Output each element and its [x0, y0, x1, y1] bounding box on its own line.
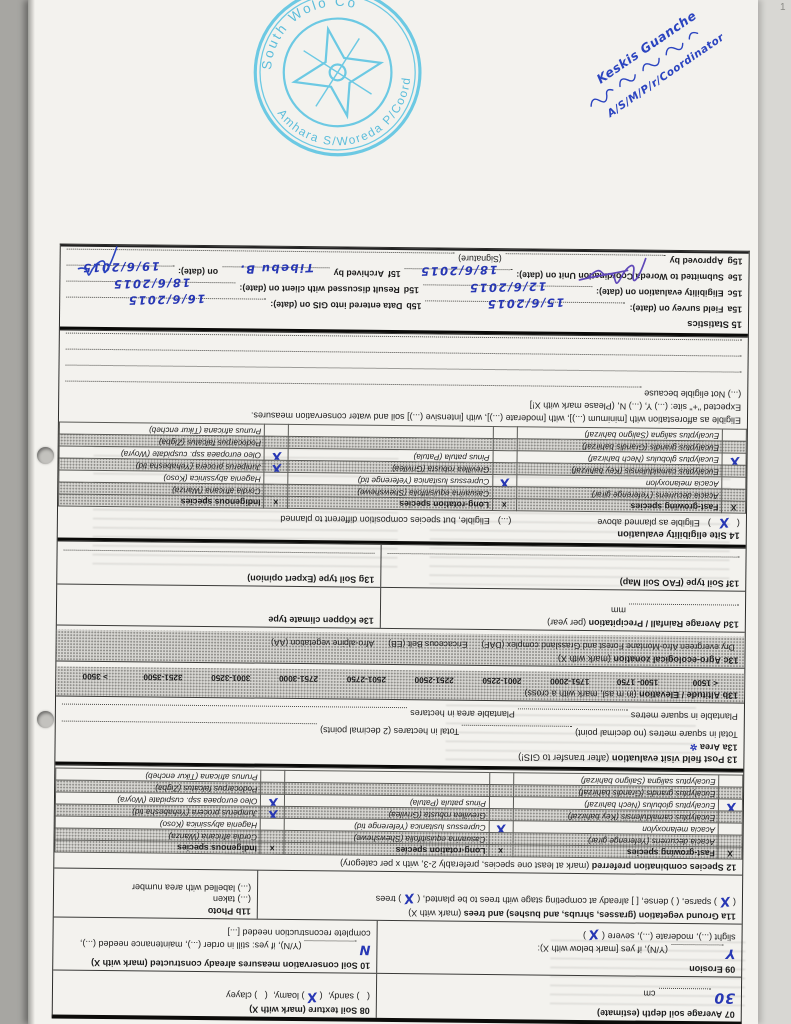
handwritten-x-mark: X — [267, 809, 278, 818]
blank-dots — [387, 553, 739, 568]
species-name: Eucalyptus grandis (Grandis bahirzaf) — [517, 439, 723, 453]
species-name — [288, 424, 493, 438]
signature-blank — [506, 253, 666, 267]
field-number: 13b — [723, 690, 739, 700]
species-mark-cell — [719, 823, 743, 835]
section-14: 14 Site eligibility evaluation (X) Eligi… — [58, 330, 748, 548]
blank-dots — [462, 725, 572, 737]
species-mark-cell — [719, 811, 743, 823]
round-office-stamp: South Wolo Co Amhara S/Woreda P/Coord — [224, 0, 450, 186]
date-blank: 18/6/2015 — [405, 268, 513, 281]
field-label: Result discussed with client on (date): — [239, 283, 399, 296]
species-mark-cell — [493, 462, 517, 474]
altitude-band: > 3500 — [62, 670, 128, 681]
altitude-band: 2251-2500 — [401, 674, 467, 685]
species-mark-cell — [261, 783, 285, 795]
species-mark-cell — [489, 833, 513, 845]
field-hint: (mark with X) — [558, 654, 611, 665]
severity-options-end: ) — [583, 929, 586, 941]
species-column-header: Long-rotation species — [288, 496, 493, 510]
species-mark-cell — [719, 775, 743, 787]
species-name: Pinus patula (Patula) — [284, 795, 489, 809]
field-label: Soil type (FAO Soil Map) — [620, 578, 724, 589]
severity-options: slight (...), moderate (...), severe ( — [602, 930, 736, 943]
handwritten-x-mark: X — [499, 477, 510, 486]
field-07: 07 Average soil depth (estimate) 30 cm — [376, 974, 741, 1022]
species-name: Pinus patula (Patula) — [288, 448, 493, 462]
species-name: Cordia africana (Wanza) — [59, 482, 265, 496]
handwritten-x-mark: X — [307, 992, 318, 1001]
zonation-option: Dry evergreen Afro-Montane Forest and Gr… — [481, 639, 734, 653]
field-09: 09 Erosion Y (Y/N), if yes [mark below w… — [376, 921, 742, 977]
field-13c: 13c Agro-ecological zonation (mark with … — [56, 630, 744, 669]
option-text: ( — [737, 517, 740, 529]
handwritten-x-mark: X — [404, 893, 415, 902]
stamp-star-icon — [285, 20, 391, 126]
species-mark-cell — [493, 438, 517, 450]
altitude-band: 3251-3500 — [130, 671, 196, 682]
blank-dots — [62, 721, 317, 735]
species-name: Acacia decurrens (Yeferenge girar) — [516, 487, 722, 501]
species-name: Prunus africana (Tikur encheb) — [56, 768, 262, 782]
date-blank: 16/6/2015 — [66, 297, 266, 311]
species-mark-cell: X — [264, 448, 288, 460]
handwritten-x-mark: X — [495, 824, 506, 833]
species-name: Eucalyptus camaldulensis (Key bahirzaf) — [513, 809, 719, 823]
species-name: Eucalyptus saligna (Saligno bahirzaf) — [513, 773, 719, 787]
field-number: 11b — [236, 906, 251, 916]
species-column-mark: x — [264, 496, 288, 508]
altitude-band: 3001-3250 — [198, 672, 264, 683]
field-number: 15a — [727, 304, 742, 315]
field-number: 11a — [721, 911, 736, 921]
species-name: Cupressus lusitanica (Yeferenge tid) — [284, 819, 489, 833]
species-mark-cell — [493, 450, 517, 462]
field-number: 14 — [729, 531, 740, 542]
field-number: 15g — [727, 256, 742, 267]
field-hint: (Y/N), if yes: still in order (...), mai… — [80, 938, 302, 952]
coordinator-handwriting: Keskis Guanche A/S/M/P/r/Coordinator — [547, 0, 764, 146]
field-label: Soil texture (mark with X) — [249, 1005, 357, 1016]
option-text: (...) — [498, 515, 512, 527]
species-name: Oleo europaea ssp. cuspidate (Woyra) — [55, 792, 261, 806]
field-number: 08 — [360, 1006, 370, 1016]
species-name: Acacia melanoxylon — [513, 821, 719, 835]
field-label: Agro-ecological zonation — [613, 654, 721, 665]
species-mark-cell — [264, 484, 288, 496]
blank-dots — [629, 604, 739, 616]
not-eligible-line: (...) Not eligible because — [644, 387, 741, 400]
row-13d-13e: 13d Average Rainfall / Precipitation (pe… — [57, 585, 745, 633]
texture-option: ( ) clayey — [226, 989, 268, 1001]
handwritten-x-mark: X — [725, 802, 736, 811]
species-name: Eucalyptus globulus (Nech bahirzaf) — [517, 451, 723, 465]
page-corner-mark: 1 — [780, 2, 786, 13]
handwritten-x-mark: X — [267, 797, 278, 806]
afforestation-field-form: 07 Average soil depth (estimate) 30 cm 0… — [52, 244, 750, 1024]
date-blank: Tibebu B. — [222, 266, 330, 279]
species-name: Grevillea robusta (Grivilea) — [288, 460, 493, 474]
field-10: 10 Soil conservation measures already co… — [53, 917, 377, 972]
field-hint: (mark at least one species, preferably 2… — [340, 858, 589, 871]
field-13e: 13e Köppen climate type — [57, 585, 380, 628]
species-mark-cell — [265, 424, 289, 436]
field-number: 15f — [388, 268, 401, 279]
species-name: Podocarpus falcatus (Zigba) — [56, 780, 262, 794]
scanned-paper-sheet: 07 Average soil depth (estimate) 30 cm 0… — [28, 0, 758, 1024]
field-label: Data entered into GIS on (date): — [270, 299, 402, 312]
field-11b: 11b Photo (...) taken (...) labelled wit… — [54, 868, 257, 918]
species-mark-cell — [723, 429, 747, 441]
handwritten-x-mark: X — [589, 929, 600, 938]
field-number: 13g — [359, 575, 375, 585]
species-mark-cell — [490, 773, 514, 785]
species-name: Juniperus procera (Yehabesha tid) — [55, 804, 261, 818]
field-label: Erosion — [689, 964, 723, 974]
field-label: Archived by — [334, 268, 384, 280]
species-mark-cell: X — [261, 795, 285, 807]
eligible-option: Eligible as planned above — [597, 516, 700, 529]
species-name: Casuarina equisitifolia (Shewshewe) — [288, 484, 493, 498]
field-label: Plantable in square metres — [631, 709, 738, 722]
species-mark-cell: X — [722, 453, 746, 465]
species-mark-cell — [261, 819, 285, 831]
species-mark-cell — [723, 441, 747, 453]
species-name: Acacia melanoxylon — [516, 475, 722, 489]
species-name: Acacia decurrens (Yeferenge girar) — [513, 833, 719, 847]
species-mark-cell: X — [489, 821, 513, 833]
reconstruction-option: complete reconstruction needed [...] — [227, 926, 370, 939]
stamp-zone: South Wolo Co Amhara S/Woreda P/Coord Ke… — [32, 0, 763, 104]
species-table: XFast-growing speciesxLong-rotation spec… — [58, 421, 747, 513]
field-number: 13f — [726, 579, 739, 589]
field-13d: 13d Average Rainfall / Precipitation (pe… — [380, 588, 745, 632]
amharic-script-handwriting — [581, 5, 730, 114]
option-text: ) trees — [376, 893, 402, 905]
field-label: Altitude / Elevation — [639, 689, 720, 700]
species-name: Hagenia abyssinica (Koso) — [59, 470, 265, 484]
field-08: 08 Soil texture (mark with X) ( ) sandy,… — [53, 970, 376, 1017]
species-mark-cell — [719, 787, 743, 799]
field-13f: 13f Soil type (FAO Soil Map) — [380, 545, 745, 591]
field-label: Total in hectares (2 decimal points) — [320, 724, 459, 737]
field-number: 13a — [722, 743, 737, 753]
soil-texture-options: ( ) sandy, ( X ) loamy, ( ) clayey — [59, 987, 370, 1002]
altitude-band: 1751-2000 — [537, 675, 603, 686]
field-number: 15 — [731, 320, 742, 331]
field-label: Field survey on (date): — [630, 303, 724, 315]
field-13b: 13b Altitude / Elevation (in m asl, mark… — [56, 666, 744, 703]
field-13g: 13g Soil type (Expert opinion) — [57, 542, 380, 587]
species-name — [285, 783, 490, 797]
species-mark-cell — [265, 436, 289, 448]
species-mark-cell — [489, 809, 513, 821]
species-mark-cell — [722, 489, 746, 501]
species-name: Eucalyptus saligna (Saligno bahirzaf) — [517, 427, 723, 441]
species-name: Eucalyptus camaldulensis (Key bahirzaf) — [516, 463, 722, 477]
field-label: Plantable area in hectares — [410, 707, 515, 720]
species-name: Cordia africana (Wanza) — [55, 828, 261, 842]
altitude-band: < 1500 — [672, 677, 738, 688]
altitude-band: 2501-2750 — [333, 673, 399, 684]
field-label: Average Rainfall / Precipitation — [589, 618, 721, 629]
row-09-10: 09 Erosion Y (Y/N), if yes [mark below w… — [53, 916, 742, 976]
species-mark-cell: X — [493, 474, 517, 486]
field-hint: (Y/N), if yes [mark below with X): — [537, 942, 668, 955]
zonation-option: Afro-alpine vegetation (AA) — [271, 637, 374, 649]
blank-dots — [62, 703, 407, 718]
species-mark-cell: X — [261, 807, 285, 819]
field-number: 15e — [728, 272, 743, 283]
blank-dots — [658, 987, 710, 999]
species-mark-cell: X — [264, 460, 288, 472]
field-number: 13d — [723, 620, 739, 630]
species-mark-cell — [493, 486, 517, 498]
handwritten-x-mark: X — [271, 451, 282, 460]
species-mark-cell — [722, 477, 746, 489]
altitude-band: 1500- 1750 — [605, 676, 671, 687]
handwritten-x-mark: X — [729, 456, 740, 465]
field-number: 15c — [728, 288, 743, 299]
handwritten-date: 18/6/2015 — [419, 262, 497, 279]
field-hint: (in m asl, mark with a cross) — [524, 688, 636, 699]
option-text: ( — [733, 897, 736, 909]
species-column-mark: x — [260, 843, 284, 855]
blank-dots — [671, 944, 723, 956]
field-label: Köppen climate type — [268, 615, 356, 626]
field-label: Total in square metres (no decimal point… — [575, 726, 738, 739]
species-column-mark: X — [722, 501, 746, 513]
field-label: Area — [700, 743, 720, 753]
species-column-header: Indigenous species — [55, 840, 261, 854]
photo-option: (...) taken — [60, 892, 251, 906]
field-label: Ground vegetation (grasses, shrubs, and … — [464, 909, 719, 922]
field-number: 15b — [406, 300, 421, 311]
species-mark-cell — [264, 472, 288, 484]
zonation-option: Ericaceous Belt (EB) — [388, 638, 467, 650]
species-name: Podocarpus falcatus (Zigba) — [59, 434, 265, 448]
field-number: 13c — [723, 655, 738, 665]
scanned-form-page: { "sheet": {"corner_mark": "1"}, "row07"… — [0, 0, 791, 1024]
species-name: Eucalyptus grandis (Grandis bahirzaf) — [513, 785, 719, 799]
species-column-mark: X — [718, 847, 742, 859]
species-mark-cell — [489, 797, 513, 809]
species-name: Oleo europaea ssp. cuspidate (Woyra) — [59, 446, 265, 460]
blank-dots — [518, 708, 628, 720]
field-label: Approved by — [670, 255, 724, 267]
species-column-header: Indigenous species — [59, 494, 265, 508]
section-13: 13 Post field visit evaluation (after tr… — [55, 541, 745, 772]
species-name: Casuarina equisitifolia (Shewshewe) — [284, 831, 489, 845]
species-name: Hagenia abyssinica (Koso) — [55, 816, 261, 830]
field-number: 12 — [726, 863, 736, 873]
field-number: 15d — [404, 284, 419, 295]
handwritten-x-mark: X — [719, 896, 730, 905]
altitude-band: 2001-2250 — [469, 675, 535, 686]
species-name: Cupressus lusitanica (Yeferenge tid) — [288, 472, 493, 486]
blank-dots — [63, 549, 374, 563]
ink-squiggle — [64, 243, 124, 284]
texture-option: ( ) sandy, — [325, 990, 369, 1002]
species-mark-cell — [261, 771, 285, 783]
handwritten-soil-depth: 30 — [713, 988, 735, 1006]
option-text: ) sparse, ( ) dense, [ ] already at comp… — [417, 893, 717, 908]
approval-signature — [537, 252, 657, 293]
species-column-mark: x — [493, 498, 517, 510]
row-13f-13g: 13f Soil type (FAO Soil Map) 13g Soil ty… — [57, 542, 745, 592]
rotated-form-content: 07 Average soil depth (estimate) 30 cm 0… — [23, 0, 764, 1024]
species-mark-cell — [490, 785, 514, 797]
handwritten-tick: ✲ — [689, 740, 699, 753]
species-mark-cell — [260, 831, 284, 843]
section-title: Species combination preferred — [592, 861, 724, 872]
photo-option: (...) labelled with area number — [60, 880, 251, 894]
field-label: Soil conservation measures already const… — [91, 958, 358, 971]
field-hint: (after transfer to GIS!) — [518, 753, 609, 765]
field-hint: (per year) — [547, 618, 586, 628]
species-name — [285, 771, 490, 785]
section-title: Site eligibility evaluation — [617, 530, 727, 542]
section-12: 12 Species combination preferred (mark a… — [54, 765, 743, 875]
row-07-08: 07 Average soil depth (estimate) 30 cm 0… — [53, 969, 741, 1021]
handwritten-yn: N — [359, 941, 370, 958]
option-text: ) — [708, 517, 711, 529]
field-number: 09 — [725, 965, 735, 975]
species-mark-cell — [493, 426, 517, 438]
row-11: 11a Ground vegetation (grasses, shrubs, … — [54, 867, 742, 923]
field-label: Average soil depth (estimate) — [597, 1008, 722, 1019]
handwritten-x-mark: X — [271, 463, 282, 472]
field-number: 13 — [727, 755, 738, 766]
unit-label: mm — [611, 604, 626, 616]
species-column-mark: x — [489, 845, 513, 857]
eligible-option: Eligible, but species composition differ… — [280, 513, 490, 527]
species-name — [288, 436, 493, 450]
handwritten-x-mark: X — [718, 517, 729, 526]
handwritten-yn: Y — [726, 944, 736, 961]
field-label: Photo — [208, 906, 234, 916]
species-mark-cell: X — [719, 799, 743, 811]
section-15: 15 Statistics 15aField survey on (date):… — [60, 245, 749, 337]
date-blank: 15/6/2015 — [425, 301, 625, 315]
blank-dots — [305, 940, 357, 952]
species-column-header: Fast-growing species — [512, 845, 718, 859]
species-name: Eucalyptus globulus (Nech bahirzaf) — [513, 797, 719, 811]
species-name: Juniperus procera (Yehabesha tid) — [59, 458, 265, 472]
section-title: Statistics — [687, 319, 729, 330]
species-column-header: Fast-growing species — [516, 499, 722, 513]
species-name: Grevillea robusta (Grivilea) — [284, 807, 489, 821]
texture-option: ( X ) loamy, — [271, 990, 323, 1002]
species-name: Prunus africana (Tikur encheb) — [59, 422, 265, 436]
species-mark-cell — [718, 835, 742, 847]
section-title: Post field visit evaluation — [612, 754, 725, 766]
field-number: 13e — [359, 616, 374, 626]
field-label: Soil type (Expert opinion) — [247, 574, 356, 585]
field-number: 07 — [725, 1010, 735, 1020]
species-table: XFast-growing speciesxLong-rotation spec… — [54, 768, 743, 860]
field-11a: 11a Ground vegetation (grasses, shrubs, … — [257, 871, 742, 924]
species-mark-cell — [722, 465, 746, 477]
altitude-band: 2751-3000 — [266, 673, 332, 684]
species-column-header: Long-rotation species — [284, 843, 489, 857]
unit-label: cm — [643, 987, 655, 999]
field-number: 10 — [360, 961, 370, 971]
field-hint: (mark with X) — [408, 908, 461, 919]
